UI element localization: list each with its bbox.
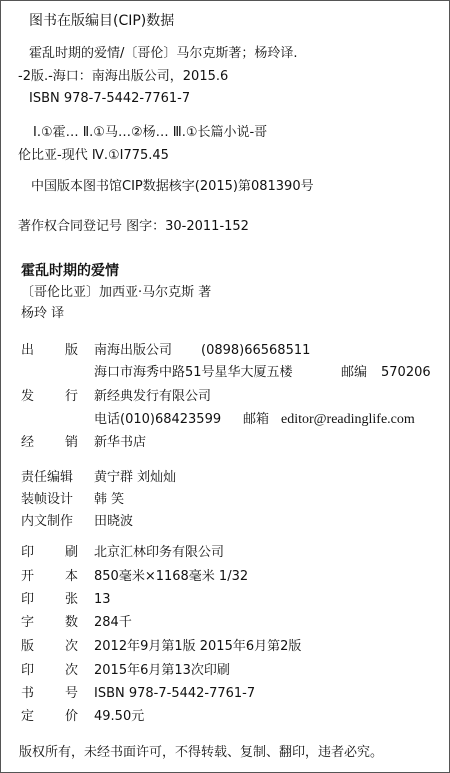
cip-line-1: 霍乱时期的爱情/〔哥伦〕马尔克斯著；杨玲译. [29, 46, 298, 62]
spec-value: 284千 [94, 614, 132, 632]
label-distribute-2: 行 [65, 388, 78, 406]
spec-label-2: 次 [65, 662, 78, 680]
spec-row-sheets: 印 张 13 [1, 591, 449, 609]
spec-row-format: 开 本 850毫米×1168毫米 1/32 [1, 568, 449, 586]
spec-value: 北京汇林印务有限公司 [94, 544, 224, 562]
spec-label-1: 字 [21, 614, 34, 632]
staff-label: 装帧设计 [21, 491, 73, 509]
spec-label-2: 本 [65, 568, 78, 586]
postcode: 570206 [381, 364, 431, 382]
distributor-row: 发 行 新经典发行有限公司 [1, 388, 449, 406]
spec-row-word-count: 字 数 284千 [1, 614, 449, 632]
spec-label-1: 印 [21, 544, 34, 562]
copyright-registration: 著作权合同登记号 图字：30-2011-152 [18, 219, 249, 235]
spec-label-2: 张 [65, 591, 78, 609]
distributor-name: 新经典发行有限公司 [94, 388, 211, 406]
publisher-name: 南海出版公司 [94, 342, 172, 360]
spec-value: 13 [94, 591, 111, 609]
email-label: 邮箱 [243, 411, 269, 429]
cip-line-4-classification: Ⅰ.①霍… Ⅱ.①马…②杨… Ⅲ.①长篇小说-哥 [33, 125, 267, 141]
book-translator: 杨玲 译 [21, 306, 64, 322]
spec-label-2: 刷 [65, 544, 78, 562]
spec-value: 2012年9月第1版 2015年6月第2版 [94, 638, 301, 656]
label-sell-2: 销 [65, 434, 78, 452]
cip-title: 图书在版编目(CIP)数据 [29, 13, 174, 29]
seller-row: 经 销 新华书店 [1, 434, 449, 452]
spec-label-2: 号 [65, 685, 78, 703]
spec-row-price: 定 价 49.50元 [1, 708, 449, 726]
staff-row-designer: 装帧设计 韩 笑 [1, 491, 449, 509]
book-author: 〔哥伦比亚〕加西亚·马尔克斯 著 [21, 285, 211, 301]
staff-value: 田晓波 [94, 513, 133, 531]
book-title: 霍乱时期的爱情 [21, 263, 119, 279]
label-publish-1: 出 [21, 342, 34, 360]
spec-value: 2015年6月第13次印刷 [94, 662, 230, 680]
publisher-phone: (0898)66568511 [201, 342, 310, 360]
spec-row-edition: 版 次 2012年9月第1版 2015年6月第2版 [1, 638, 449, 656]
label-distribute-1: 发 [21, 388, 34, 406]
spec-value: ISBN 978-7-5442-7761-7 [94, 685, 255, 703]
cip-line-5-classification: 伦比亚-现代 Ⅳ.①I775.45 [18, 148, 169, 164]
spec-label-1: 定 [21, 708, 34, 726]
publisher-address-row: 海口市海秀中路51号星华大厦五楼 邮编 570206 [1, 364, 449, 382]
postcode-label: 邮编 [341, 364, 367, 382]
spec-label-1: 开 [21, 568, 34, 586]
staff-row-typesetter: 内文制作 田晓波 [1, 513, 449, 531]
cip-line-6-verification: 中国版本图书馆CIP数据核字(2015)第081390号 [31, 179, 314, 195]
spec-value: 850毫米×1168毫米 1/32 [94, 568, 248, 586]
rights-notice: 版权所有，未经书面许可，不得转载、复制、翻印，违者必究。 [19, 745, 383, 761]
staff-label: 内文制作 [21, 513, 73, 531]
spec-row-impression: 印 次 2015年6月第13次印刷 [1, 662, 449, 680]
spec-label-1: 版 [21, 638, 34, 656]
spec-label-1: 印 [21, 591, 34, 609]
spec-label-1: 印 [21, 662, 34, 680]
seller-name: 新华书店 [94, 434, 146, 452]
distributor-phone: 电话(010)68423599 [94, 411, 221, 429]
cip-line-2: -2版.-海口：南海出版公司，2015.6 [18, 69, 228, 85]
label-sell-1: 经 [21, 434, 34, 452]
spec-row-printer: 印 刷 北京汇林印务有限公司 [1, 544, 449, 562]
staff-row-editor: 责任编辑 黄宁群 刘灿灿 [1, 469, 449, 487]
staff-value: 韩 笑 [94, 491, 124, 509]
spec-label-1: 书 [21, 685, 34, 703]
cip-line-3-isbn: ISBN 978-7-5442-7761-7 [29, 91, 190, 107]
spec-label-2: 数 [65, 614, 78, 632]
staff-value: 黄宁群 刘灿灿 [94, 469, 176, 487]
staff-label: 责任编辑 [21, 469, 73, 487]
spec-label-2: 价 [65, 708, 78, 726]
spec-label-2: 次 [65, 638, 78, 656]
spec-row-isbn: 书 号 ISBN 978-7-5442-7761-7 [1, 685, 449, 703]
label-publish-2: 版 [65, 342, 78, 360]
spec-value: 49.50元 [94, 708, 144, 726]
publisher-address: 海口市海秀中路51号星华大厦五楼 [94, 364, 293, 382]
distributor-contact-row: 电话(010)68423599 邮箱 editor@readinglife.co… [1, 411, 449, 429]
publisher-row: 出 版 南海出版公司 (0898)66568511 [1, 342, 449, 360]
distributor-email[interactable]: editor@readinglife.com [281, 411, 415, 429]
copyright-page: 图书在版编目(CIP)数据 霍乱时期的爱情/〔哥伦〕马尔克斯著；杨玲译. -2版… [0, 0, 450, 773]
